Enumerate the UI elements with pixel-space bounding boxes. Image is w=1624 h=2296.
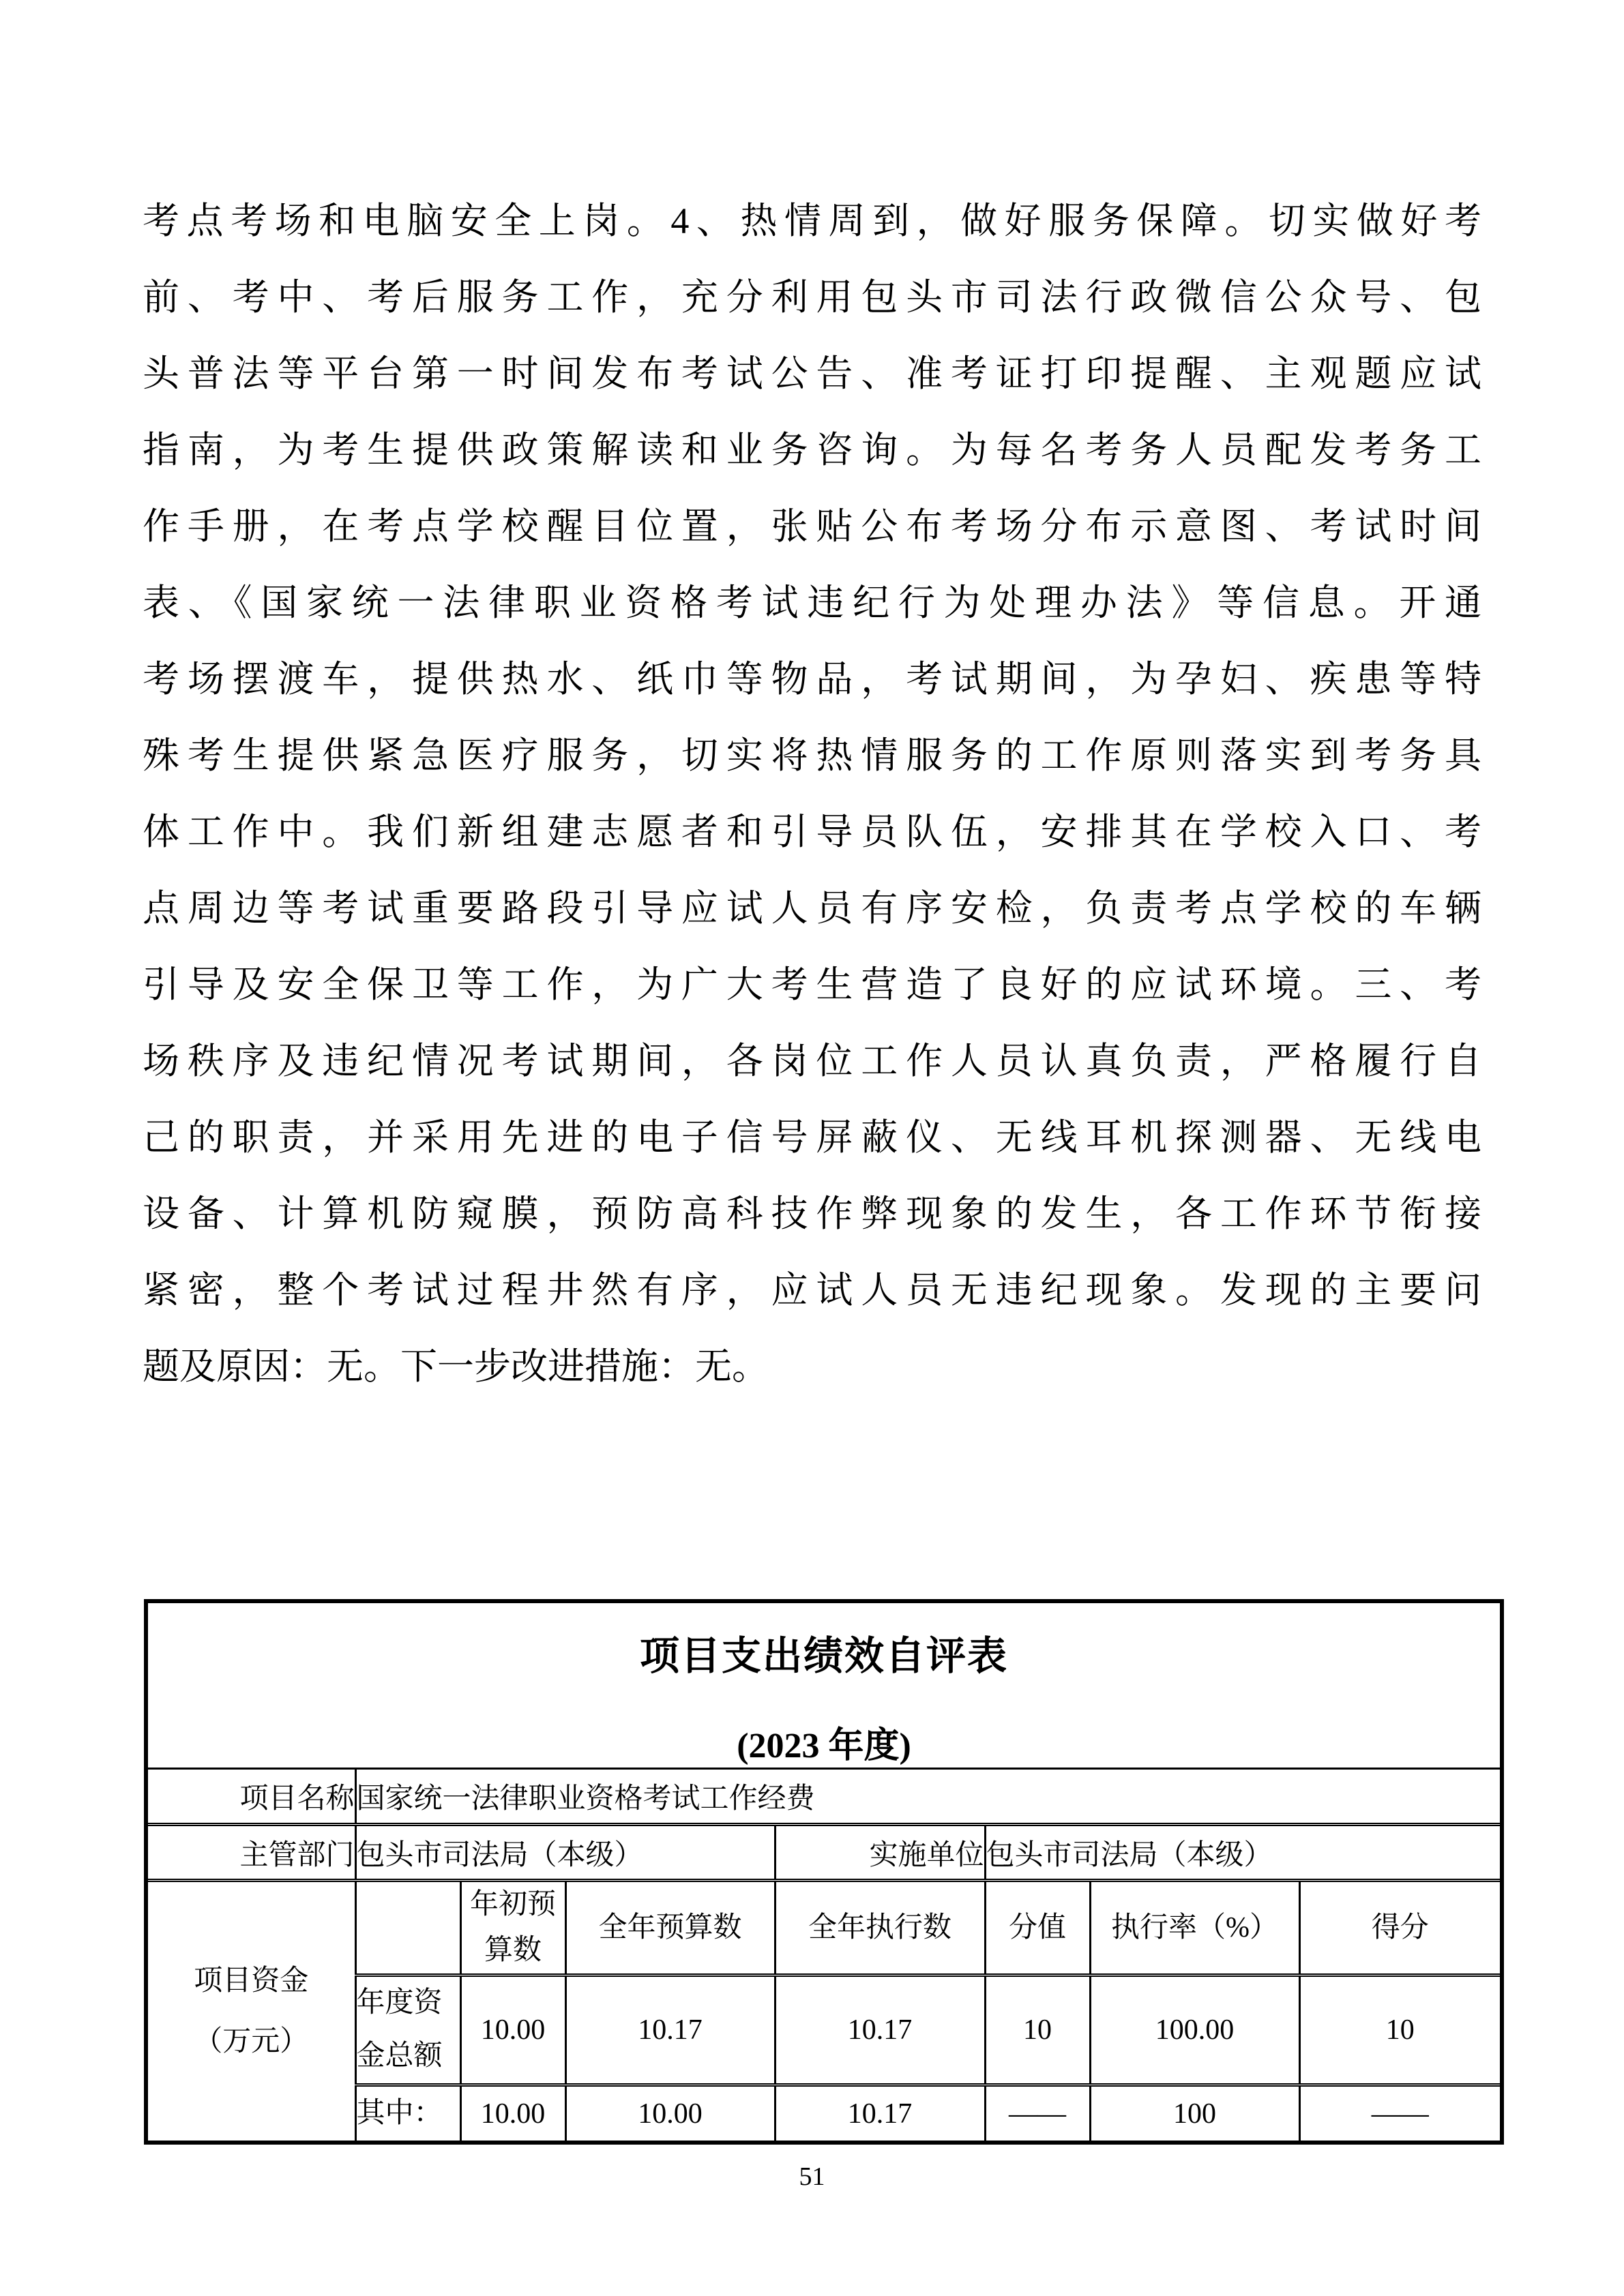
- body-text-line: 指南，为考生提供政策解读和业务咨询。为每名考务人员配发考务工: [143, 412, 1481, 488]
- body-text-line: 殊考生提供紧急医疗服务，切实将热情服务的工作原则落实到考务具: [143, 717, 1481, 794]
- table-title-cell: 项目支出绩效自评表 (2023 年度): [146, 1601, 1502, 1769]
- col-header-annual-execution: 全年执行数: [775, 1881, 985, 1976]
- among-execution-rate: 100: [1090, 2085, 1299, 2143]
- table-title-row: 项目支出绩效自评表 (2023 年度): [146, 1601, 1502, 1769]
- among-initial-budget: 10.00: [460, 2085, 565, 2143]
- body-text-line: 前、考中、考后服务工作，充分利用包头市司法行政微信公众号、包: [143, 259, 1481, 336]
- body-text-line: 表、《国家统一法律职业资格考试违纪行为处理办法》等信息。开通: [143, 565, 1481, 641]
- body-text-line: 考点考场和电脑安全上岗。4、热情周到，做好服务保障。切实做好考: [143, 183, 1481, 259]
- body-text-line: 体工作中。我们新组建志愿者和引导员队伍，安排其在学校入口、考: [143, 794, 1481, 870]
- implementation-unit-label: 实施单位: [775, 1825, 985, 1881]
- empty-header-cell: [355, 1881, 460, 1976]
- document-page: { "document": { "body_lines": [ "考点考场和电脑…: [0, 0, 1624, 2296]
- among-score: ——: [1299, 2085, 1502, 2143]
- performance-self-evaluation-table: 项目支出绩效自评表 (2023 年度) 项目名称 国家统一法律职业资格考试工作经…: [144, 1599, 1504, 2145]
- annual-total-score-weight: 10: [985, 1976, 1090, 2085]
- implementation-unit-value: 包头市司法局（本级）: [985, 1825, 1502, 1881]
- annual-total-initial-budget: 10.00: [460, 1976, 565, 2085]
- table-title: 项目支出绩效自评表: [148, 1624, 1500, 1681]
- body-text-line: 引导及安全保卫等工作，为广大考生营造了良好的应试环境。三、考: [143, 946, 1481, 1023]
- department-label: 主管部门: [146, 1825, 355, 1881]
- funds-header-row: 项目资金 （万元） 年初预算数 全年预算数 全年执行数 分值 执行率（%） 得分: [146, 1881, 1502, 1976]
- col-header-score: 得分: [1299, 1881, 1502, 1976]
- among-annual-execution: 10.17: [775, 2085, 985, 2143]
- col-header-execution-rate: 执行率（%）: [1090, 1881, 1299, 1976]
- annual-total-annual-budget: 10.17: [565, 1976, 775, 2085]
- body-text-line: 头普法等平台第一时间发布考试公告、准考证打印提醒、主观题应试: [143, 336, 1481, 412]
- annual-total-score: 10: [1299, 1976, 1502, 2085]
- body-text-line: 考场摆渡车，提供热水、纸巾等物品，考试期间，为孕妇、疾患等特: [143, 641, 1481, 717]
- table-year: (2023 年度): [148, 1716, 1500, 1768]
- col-header-score-weight: 分值: [985, 1881, 1090, 1976]
- annual-total-label: 年度资金总额: [355, 1976, 460, 2085]
- col-header-annual-budget: 全年预算数: [565, 1881, 775, 1976]
- body-text-line: 题及原因：无。下一步改进措施：无。: [143, 1328, 1481, 1405]
- body-text-line: 场秩序及违纪情况考试期间，各岗位工作人员认真负责，严格履行自: [143, 1023, 1481, 1099]
- body-text-line: 紧密，整个考试过程井然有序，应试人员无违纪现象。发现的主要问: [143, 1252, 1481, 1328]
- project-name-row: 项目名称 国家统一法律职业资格考试工作经费: [146, 1769, 1502, 1825]
- among-score-weight: ——: [985, 2085, 1090, 2143]
- col-header-initial-budget: 年初预算数: [460, 1881, 565, 1976]
- project-name-label: 项目名称: [146, 1769, 355, 1825]
- body-text-line: 作手册，在考点学校醒目位置，张贴公布考场分布示意图、考试时间: [143, 488, 1481, 565]
- department-row: 主管部门 包头市司法局（本级） 实施单位 包头市司法局（本级）: [146, 1825, 1502, 1881]
- project-name-value: 国家统一法律职业资格考试工作经费: [355, 1769, 1502, 1825]
- page-number: 51: [0, 2162, 1624, 2192]
- report-paragraph: 考点考场和电脑安全上岗。4、热情周到，做好服务保障。切实做好考 前、考中、考后服…: [143, 183, 1481, 1405]
- body-text-line: 设备、计算机防窥膜，预防高科技作弊现象的发生，各工作环节衔接: [143, 1176, 1481, 1252]
- annual-total-execution-rate: 100.00: [1090, 1976, 1299, 2085]
- project-funds-label: 项目资金 （万元）: [146, 1881, 355, 2143]
- body-text-line: 己的职责，并采用先进的电子信号屏蔽仪、无线耳机探测器、无线电: [143, 1099, 1481, 1176]
- among-label: 其中：: [355, 2085, 460, 2143]
- annual-total-annual-execution: 10.17: [775, 1976, 985, 2085]
- project-funds-label-line1: 项目资金: [148, 1951, 355, 2011]
- among-annual-budget: 10.00: [565, 2085, 775, 2143]
- body-text-line: 点周边等考试重要路段引导应试人员有序安检，负责考点学校的车辆: [143, 870, 1481, 946]
- project-funds-label-line2: （万元）: [148, 2012, 355, 2072]
- department-value: 包头市司法局（本级）: [355, 1825, 775, 1881]
